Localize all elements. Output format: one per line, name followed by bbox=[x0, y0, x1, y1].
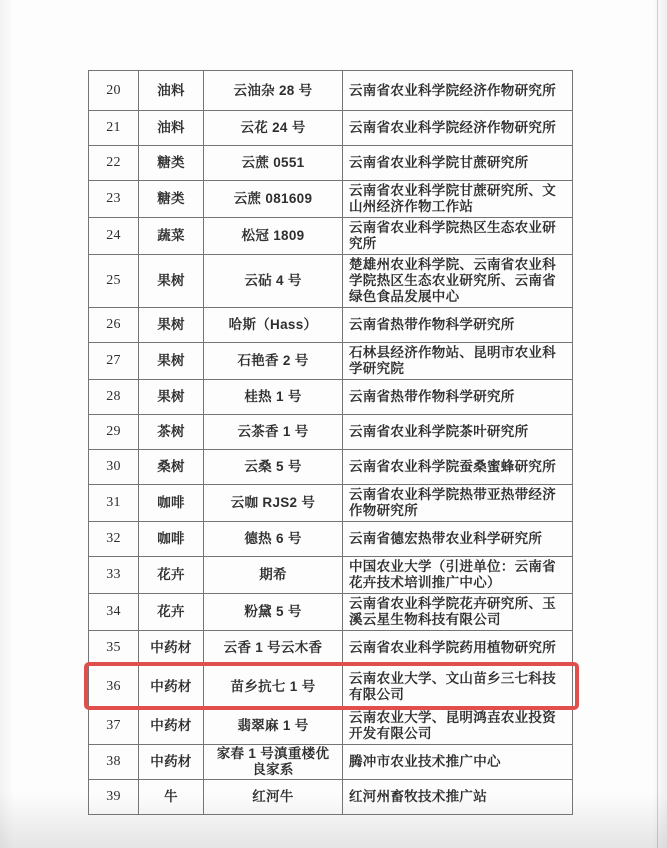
no-cell: 28 bbox=[89, 380, 139, 415]
variety-cell: 云花 24 号 bbox=[204, 111, 343, 146]
organization-cell: 云南农业大学、昆明鸿壵农业投资开发有限公司 bbox=[343, 708, 573, 745]
organization-cell: 红河州畜牧技术推广站 bbox=[343, 780, 573, 815]
no-cell: 39 bbox=[89, 780, 139, 815]
table-row: 20油料云油杂 28 号云南省农业科学院经济作物研究所 bbox=[89, 71, 573, 111]
table-row: 33花卉期希中国农业大学（引进单位：云南省花卉技术培训推广中心） bbox=[89, 557, 573, 594]
variety-cell: 期希 bbox=[204, 557, 343, 594]
organization-cell: 腾冲市农业技术推广中心 bbox=[343, 745, 573, 780]
organization-cell: 云南省农业科学院花卉研究所、玉溪云星生物科技有限公司 bbox=[343, 594, 573, 631]
category-cell: 牛 bbox=[139, 780, 204, 815]
variety-table-body: 20油料云油杂 28 号云南省农业科学院经济作物研究所21油料云花 24 号云南… bbox=[89, 71, 573, 815]
table-row: 36中药材苗乡抗七 1 号云南农业大学、文山苗乡三七科技有限公司 bbox=[89, 666, 573, 708]
no-cell: 35 bbox=[89, 631, 139, 666]
organization-cell: 云南省农业科学院甘蔗研究所 bbox=[343, 146, 573, 181]
variety-cell: 苗乡抗七 1 号 bbox=[204, 666, 343, 708]
organization-cell: 云南省农业科学院甘蔗研究所、文山州经济作物工作站 bbox=[343, 181, 573, 218]
no-cell: 27 bbox=[89, 343, 139, 380]
table-row: 26果树哈斯（Hass）云南省热带作物科学研究所 bbox=[89, 308, 573, 343]
category-cell: 蔬菜 bbox=[139, 218, 204, 255]
variety-cell: 翡翠麻 1 号 bbox=[204, 708, 343, 745]
table-row: 34花卉粉黛 5 号云南省农业科学院花卉研究所、玉溪云星生物科技有限公司 bbox=[89, 594, 573, 631]
variety-cell: 云油杂 28 号 bbox=[204, 71, 343, 111]
variety-cell: 红河牛 bbox=[204, 780, 343, 815]
category-cell: 果树 bbox=[139, 308, 204, 343]
table-row: 28果树桂热 1 号云南省热带作物科学研究所 bbox=[89, 380, 573, 415]
no-cell: 30 bbox=[89, 450, 139, 485]
table-row: 27果树石艳香 2 号石林县经济作物站、昆明市农业科学研究院 bbox=[89, 343, 573, 380]
table-row: 31咖啡云咖 RJS2 号云南省农业科学院热带亚热带经济作物研究所 bbox=[89, 485, 573, 522]
variety-cell: 云茶香 1 号 bbox=[204, 415, 343, 450]
table-row: 37中药材翡翠麻 1 号云南农业大学、昆明鸿壵农业投资开发有限公司 bbox=[89, 708, 573, 745]
organization-cell: 云南省农业科学院经济作物研究所 bbox=[343, 111, 573, 146]
table-row: 23糖类云蔗 081609云南省农业科学院甘蔗研究所、文山州经济作物工作站 bbox=[89, 181, 573, 218]
no-cell: 33 bbox=[89, 557, 139, 594]
category-cell: 中药材 bbox=[139, 631, 204, 666]
no-cell: 29 bbox=[89, 415, 139, 450]
table-row: 38中药材家春 1 号滇重楼优良家系腾冲市农业技术推广中心 bbox=[89, 745, 573, 780]
organization-cell: 云南省农业科学院热区生态农业研究所 bbox=[343, 218, 573, 255]
category-cell: 油料 bbox=[139, 71, 204, 111]
no-cell: 32 bbox=[89, 522, 139, 557]
organization-cell: 石林县经济作物站、昆明市农业科学研究院 bbox=[343, 343, 573, 380]
variety-cell: 松冠 1809 bbox=[204, 218, 343, 255]
category-cell: 糖类 bbox=[139, 181, 204, 218]
no-cell: 20 bbox=[89, 71, 139, 111]
table-row: 21油料云花 24 号云南省农业科学院经济作物研究所 bbox=[89, 111, 573, 146]
organization-cell: 云南省农业科学院热带亚热带经济作物研究所 bbox=[343, 485, 573, 522]
organization-cell: 云南省农业科学院茶叶研究所 bbox=[343, 415, 573, 450]
table-row: 39牛红河牛红河州畜牧技术推广站 bbox=[89, 780, 573, 815]
no-cell: 31 bbox=[89, 485, 139, 522]
variety-cell: 云香 1 号云木香 bbox=[204, 631, 343, 666]
organization-cell: 云南省热带作物科学研究所 bbox=[343, 308, 573, 343]
no-cell: 25 bbox=[89, 255, 139, 308]
organization-cell: 云南省热带作物科学研究所 bbox=[343, 380, 573, 415]
table-row: 25果树云砧 4 号楚雄州农业科学院、云南省农业科学院热区生态农业研究所、云南省… bbox=[89, 255, 573, 308]
category-cell: 中药材 bbox=[139, 666, 204, 708]
variety-cell: 云咖 RJS2 号 bbox=[204, 485, 343, 522]
category-cell: 咖啡 bbox=[139, 485, 204, 522]
no-cell: 26 bbox=[89, 308, 139, 343]
organization-cell: 云南农业大学、文山苗乡三七科技有限公司 bbox=[343, 666, 573, 708]
table-row: 29茶树云茶香 1 号云南省农业科学院茶叶研究所 bbox=[89, 415, 573, 450]
category-cell: 茶树 bbox=[139, 415, 204, 450]
variety-cell: 云桑 5 号 bbox=[204, 450, 343, 485]
page-edge-line bbox=[657, 0, 658, 848]
organization-cell: 云南省农业科学院经济作物研究所 bbox=[343, 71, 573, 111]
no-cell: 24 bbox=[89, 218, 139, 255]
no-cell: 23 bbox=[89, 181, 139, 218]
category-cell: 油料 bbox=[139, 111, 204, 146]
no-cell: 36 bbox=[89, 666, 139, 708]
no-cell: 38 bbox=[89, 745, 139, 780]
variety-table: 20油料云油杂 28 号云南省农业科学院经济作物研究所21油料云花 24 号云南… bbox=[88, 70, 573, 815]
category-cell: 果树 bbox=[139, 343, 204, 380]
variety-cell: 粉黛 5 号 bbox=[204, 594, 343, 631]
category-cell: 果树 bbox=[139, 255, 204, 308]
no-cell: 34 bbox=[89, 594, 139, 631]
organization-cell: 云南省农业科学院药用植物研究所 bbox=[343, 631, 573, 666]
document-page: 20油料云油杂 28 号云南省农业科学院经济作物研究所21油料云花 24 号云南… bbox=[0, 0, 667, 848]
variety-cell: 云蔗 0551 bbox=[204, 146, 343, 181]
variety-cell: 家春 1 号滇重楼优良家系 bbox=[204, 745, 343, 780]
table-row: 32咖啡德热 6 号云南省德宏热带农业科学研究所 bbox=[89, 522, 573, 557]
organization-cell: 云南省农业科学院蚕桑蜜蜂研究所 bbox=[343, 450, 573, 485]
category-cell: 糖类 bbox=[139, 146, 204, 181]
category-cell: 果树 bbox=[139, 380, 204, 415]
table-row: 22糖类云蔗 0551云南省农业科学院甘蔗研究所 bbox=[89, 146, 573, 181]
category-cell: 花卉 bbox=[139, 557, 204, 594]
no-cell: 21 bbox=[89, 111, 139, 146]
variety-cell: 德热 6 号 bbox=[204, 522, 343, 557]
category-cell: 咖啡 bbox=[139, 522, 204, 557]
table-row: 30桑树云桑 5 号云南省农业科学院蚕桑蜜蜂研究所 bbox=[89, 450, 573, 485]
table-row: 35中药材云香 1 号云木香云南省农业科学院药用植物研究所 bbox=[89, 631, 573, 666]
variety-cell: 哈斯（Hass） bbox=[204, 308, 343, 343]
organization-cell: 云南省德宏热带农业科学研究所 bbox=[343, 522, 573, 557]
organization-cell: 中国农业大学（引进单位：云南省花卉技术培训推广中心） bbox=[343, 557, 573, 594]
category-cell: 桑树 bbox=[139, 450, 204, 485]
category-cell: 中药材 bbox=[139, 708, 204, 745]
variety-cell: 云蔗 081609 bbox=[204, 181, 343, 218]
no-cell: 37 bbox=[89, 708, 139, 745]
table-row: 24蔬菜松冠 1809云南省农业科学院热区生态农业研究所 bbox=[89, 218, 573, 255]
variety-cell: 云砧 4 号 bbox=[204, 255, 343, 308]
variety-cell: 桂热 1 号 bbox=[204, 380, 343, 415]
category-cell: 中药材 bbox=[139, 745, 204, 780]
variety-cell: 石艳香 2 号 bbox=[204, 343, 343, 380]
category-cell: 花卉 bbox=[139, 594, 204, 631]
no-cell: 22 bbox=[89, 146, 139, 181]
organization-cell: 楚雄州农业科学院、云南省农业科学院热区生态农业研究所、云南省绿色食品发展中心 bbox=[343, 255, 573, 308]
